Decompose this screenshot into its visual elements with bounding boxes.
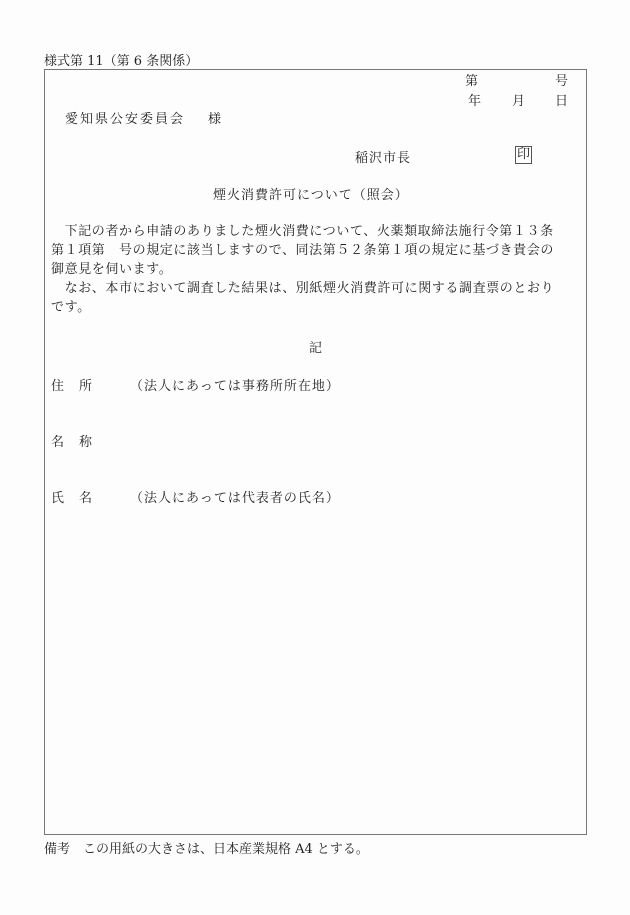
doc-number-prefix: 第 — [465, 70, 478, 89]
form-number: 様式第 11（第 6 条関係） — [44, 50, 198, 69]
body-line: です。 — [51, 298, 586, 317]
sender-title: 稲沢市長 — [355, 147, 411, 166]
body-text: 下記の者から申請のありました煙火消費について、火薬類取締法施行令第１３条 第１項… — [51, 222, 586, 317]
field-note-address: （法人にあっては事務所所在地） — [130, 375, 340, 394]
date-year-label: 年 — [468, 90, 481, 109]
addressee-honorific: 様 — [208, 108, 221, 127]
addressee-name: 愛知県公安委員会 — [65, 108, 185, 127]
body-line: 第１項第 号の規定に該当しますので、同法第５２条第１項の規定に基づき貴会の — [51, 241, 586, 260]
field-label-company-name: 名称 — [51, 431, 107, 450]
field-note-person-name: （法人にあっては代表者の氏名） — [130, 487, 340, 506]
seal-mark: 印 — [515, 146, 532, 164]
remarks: 備考 この用紙の大きさは、日本産業規格 A4 とする。 — [44, 838, 369, 857]
field-label-address: 住所 — [51, 375, 107, 394]
ki-heading: 記 — [309, 337, 322, 356]
document-subject: 煙火消費許可について（照会） — [213, 184, 409, 203]
body-line: 御意見を伺います。 — [51, 260, 586, 279]
doc-number-suffix: 号 — [555, 70, 568, 89]
date-day-label: 日 — [555, 90, 568, 109]
date-month-label: 月 — [512, 90, 525, 109]
body-line: なお、本市において調査した結果は、別紙煙火消費許可に関する調査票のとおり — [51, 279, 586, 298]
body-line: 下記の者から申請のありました煙火消費について、火薬類取締法施行令第１３条 — [51, 222, 586, 241]
field-label-person-name: 氏名 — [51, 487, 107, 506]
